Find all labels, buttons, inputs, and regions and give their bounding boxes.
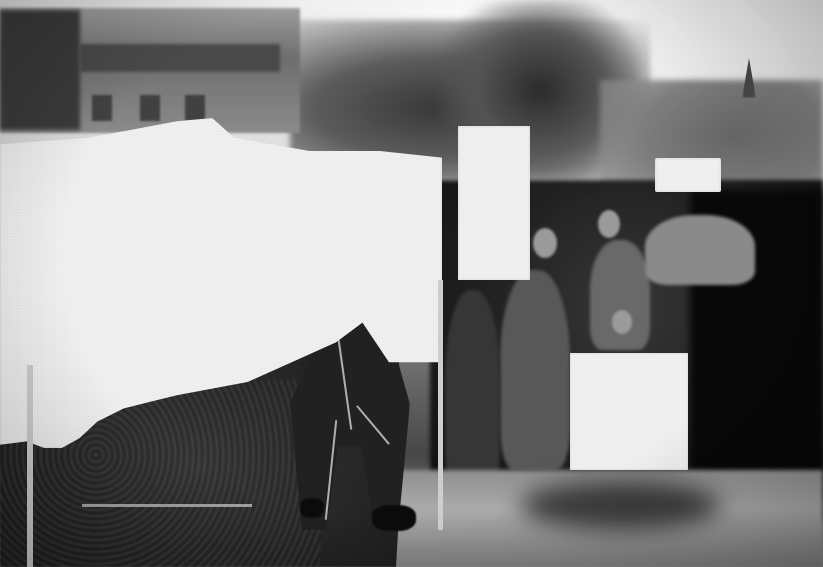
vignette <box>0 0 823 567</box>
photograph: Black-and-white archival photograph with… <box>0 0 823 567</box>
